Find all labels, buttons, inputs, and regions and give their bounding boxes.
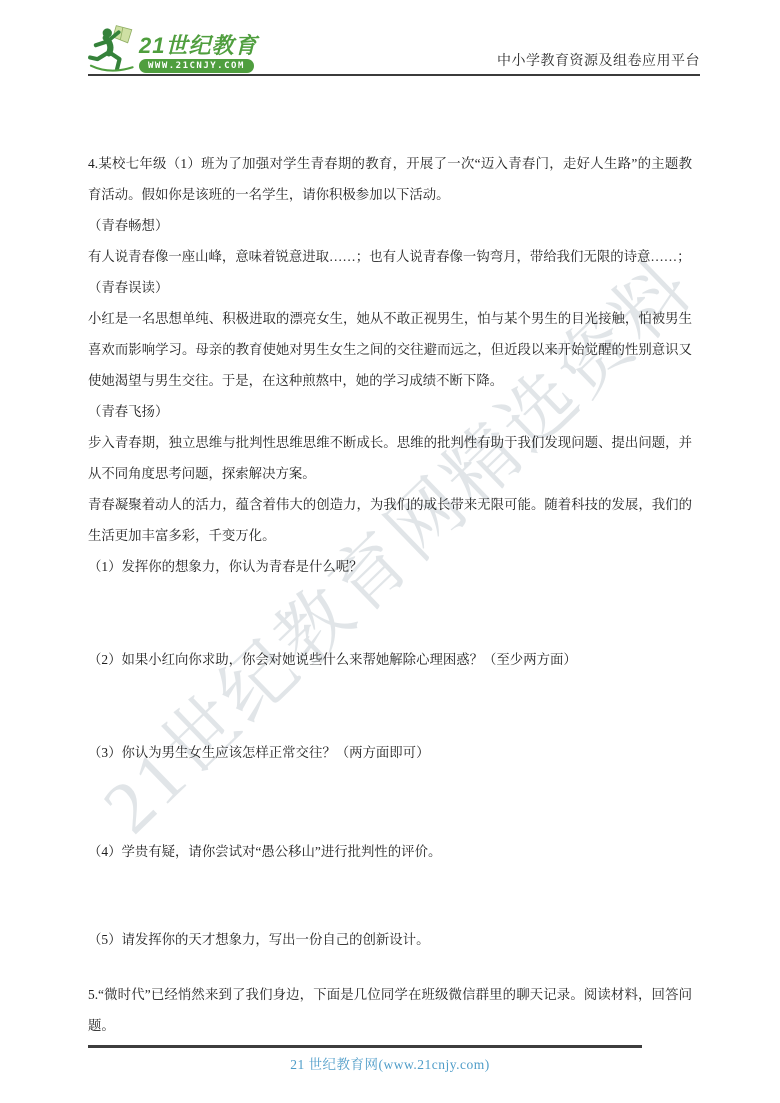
question-5-intro: 5.“微时代”已经悄然来到了我们身边，下面是几位同学在班级微信群里的聊天记录。阅…	[88, 979, 692, 1041]
question-4-sub-1: （1）发挥你的想象力，你认为青春是什么呢？	[88, 551, 692, 582]
brand-name: 21世纪教育	[139, 34, 257, 58]
youth-misread-text: 小红是一名思想单纯、积极进取的漂亮女生，她从不敢正视男生，怕与某个男生的目光接触…	[88, 303, 692, 396]
document-page: 21世纪教育网精选资料	[0, 0, 780, 1103]
brand-logo: 21世纪教育 WWW.21CNJY.COM	[88, 24, 257, 73]
section-youth-misread: （青春误读）	[88, 272, 692, 303]
runner-logo-icon	[88, 24, 138, 73]
youth-soar-text-1: 步入青春期，独立思维与批判性思维思维不断成长。思维的批判性有助于我们发现问题、提…	[88, 427, 692, 489]
question-4-sub-3: （3）你认为男生女生应该怎样正常交往？（两方面即可）	[88, 737, 692, 768]
page-header: 21世纪教育 WWW.21CNJY.COM 中小学教育资源及组卷应用平台	[88, 26, 700, 76]
question-4-intro: 4.某校七年级（1）班为了加强对学生青春期的教育，开展了一次“迈入青春门，走好人…	[88, 148, 692, 210]
section-youth-soar: （青春飞扬）	[88, 396, 692, 427]
youth-soar-text-2: 青春凝聚着动人的活力，蕴含着伟大的创造力，为我们的成长带来无限可能。随着科技的发…	[88, 489, 692, 551]
question-4-sub-2: （2）如果小红向你求助，你会对她说些什么来帮她解除心理困惑？（至少两方面）	[88, 644, 692, 675]
question-4-sub-5: （5）请发挥你的天才想象力，写出一份自己的创新设计。	[88, 924, 692, 955]
section-youth-imagine: （青春畅想）	[88, 210, 692, 241]
footer-site-credit: 21 世纪教育网(www.21cnjy.com)	[88, 1053, 692, 1073]
footer-divider	[88, 1045, 642, 1048]
brand-url-bar: WWW.21CNJY.COM	[139, 59, 254, 73]
document-body: 4.某校七年级（1）班为了加强对学生青春期的教育，开展了一次“迈入青春门，走好人…	[88, 76, 692, 1041]
platform-label: 中小学教育资源及组卷应用平台	[497, 50, 700, 73]
youth-imagine-text: 有人说青春像一座山峰，意味着锐意进取……；也有人说青春像一钩弯月，带给我们无限的…	[88, 241, 692, 272]
question-4-sub-4: （4）学贵有疑，请你尝试对“愚公移山”进行批判性的评价。	[88, 836, 692, 867]
brand-text-block: 21世纪教育 WWW.21CNJY.COM	[139, 34, 257, 73]
